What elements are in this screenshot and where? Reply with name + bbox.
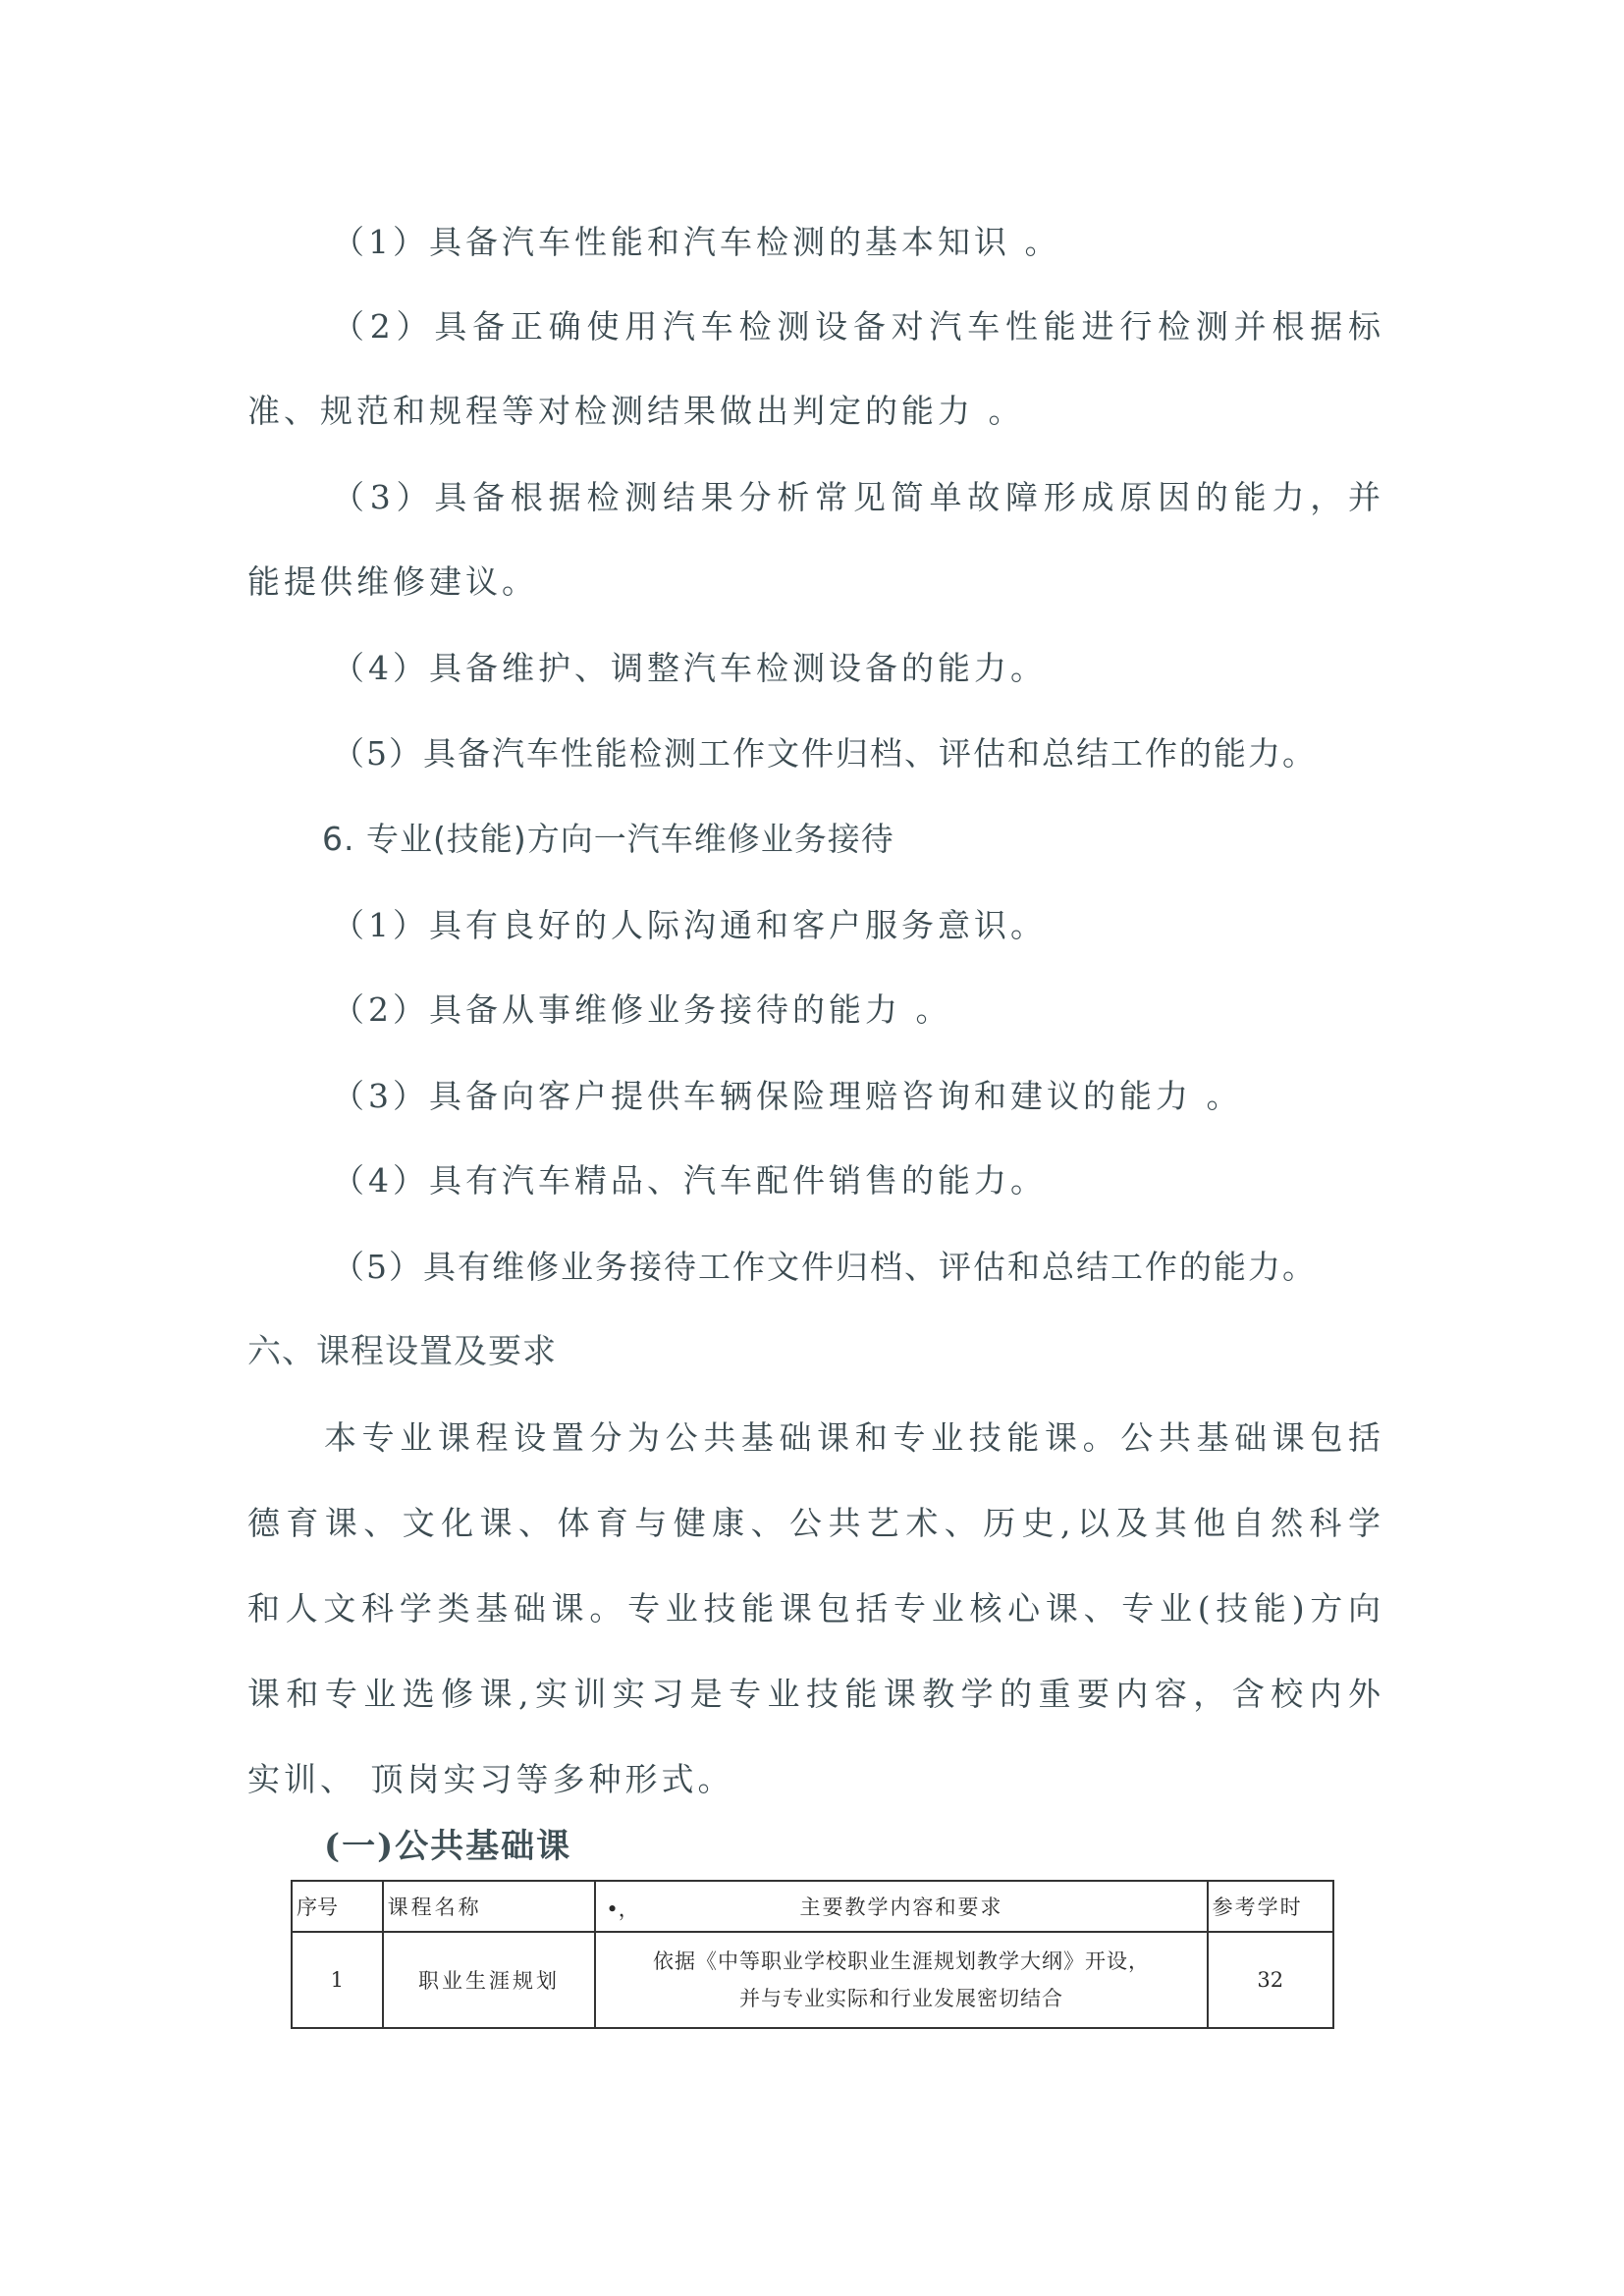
- list-item-testing-3: （3）具备根据检测结果分析常见简单故障形成原因的能力，并: [332, 473, 1384, 522]
- paragraph-line-3: 和人文科学类基础课。专业技能课包括专业核心课、专业(技能)方向: [247, 1584, 1384, 1633]
- list-item-testing-3-cont: 能提供维修建议。: [247, 558, 538, 607]
- section-heading: 六、课程设置及要求: [247, 1327, 557, 1376]
- header-content-label: 主要教学内容和要求: [600, 1892, 1202, 1921]
- table-row: 1 职业生涯规划 依据《中等职业学校职业生涯规划教学大纲》开设， 并与专业实际和…: [292, 1932, 1333, 2028]
- paragraph-line-4: 课和专业选修课,实训实习是专业技能课教学的重要内容，含校内外: [247, 1670, 1384, 1719]
- paragraph-line-1: 本专业课程设置分为公共基础课和专业技能课。公共基础课包括: [324, 1414, 1384, 1463]
- list-item-testing-4: （4）具备维护、调整汽车检测设备的能力。: [332, 644, 1047, 693]
- header-course-name: 课程名称: [383, 1881, 596, 1932]
- table-header-row: 序号 课程名称 •， 主要教学内容和要求 参考学时: [292, 1881, 1333, 1932]
- header-content: •， 主要教学内容和要求: [595, 1881, 1207, 1932]
- course-table: 序号 课程名称 •， 主要教学内容和要求 参考学时 1 职业生涯规划 依据《中等…: [291, 1880, 1334, 2029]
- cell-hours: 32: [1208, 1932, 1333, 2028]
- header-hours: 参考学时: [1208, 1881, 1333, 1932]
- list-item-reception-4: （4）具有汽车精品、汽车配件销售的能力。: [332, 1156, 1047, 1205]
- cell-content-line-2: 并与专业实际和行业发展密切结合: [600, 1980, 1202, 2017]
- cell-content: 依据《中等职业学校职业生涯规划教学大纲》开设， 并与专业实际和行业发展密切结合: [595, 1932, 1207, 2028]
- header-stray-mark: •，: [606, 1894, 638, 1923]
- list-item-testing-2: （2）具备正确使用汽车检测设备对汽车性能进行检测并根据标: [332, 302, 1384, 351]
- header-index: 序号: [292, 1881, 383, 1932]
- list-item-testing-1: （1）具备汽车性能和汽车检测的基本知识 。: [332, 218, 1061, 267]
- cell-content-line-1: 依据《中等职业学校职业生涯规划教学大纲》开设，: [600, 1943, 1202, 1980]
- cell-course-name: 职业生涯规划: [383, 1932, 596, 2028]
- list-item-testing-2-cont: 准、规范和规程等对检测结果做出判定的能力 。: [247, 387, 1025, 436]
- list-item-reception-3: （3）具备向客户提供车辆保险理赔咨询和建议的能力 。: [332, 1072, 1243, 1121]
- list-item-reception-1: （1）具有良好的人际沟通和客户服务意识。: [332, 901, 1047, 950]
- list-item-reception-2: （2）具备从事维修业务接待的能力 。: [332, 986, 952, 1035]
- list-item-testing-5: （5）具备汽车性能检测工作文件归档、评估和总结工作的能力。: [332, 729, 1317, 778]
- list-item-reception-5: （5）具有维修业务接待工作文件归档、评估和总结工作的能力。: [332, 1243, 1317, 1292]
- paragraph-line-2: 德育课、文化课、体育与健康、公共艺术、历史,以及其他自然科学: [247, 1499, 1384, 1548]
- cell-index: 1: [292, 1932, 383, 2028]
- paragraph-line-5: 实训、 顶岗实习等多种形式。: [247, 1755, 734, 1804]
- subsection-heading: (一)公共基础课: [324, 1822, 571, 1871]
- direction-heading: 6. 专业(技能)方向一汽车维修业务接待: [322, 815, 894, 864]
